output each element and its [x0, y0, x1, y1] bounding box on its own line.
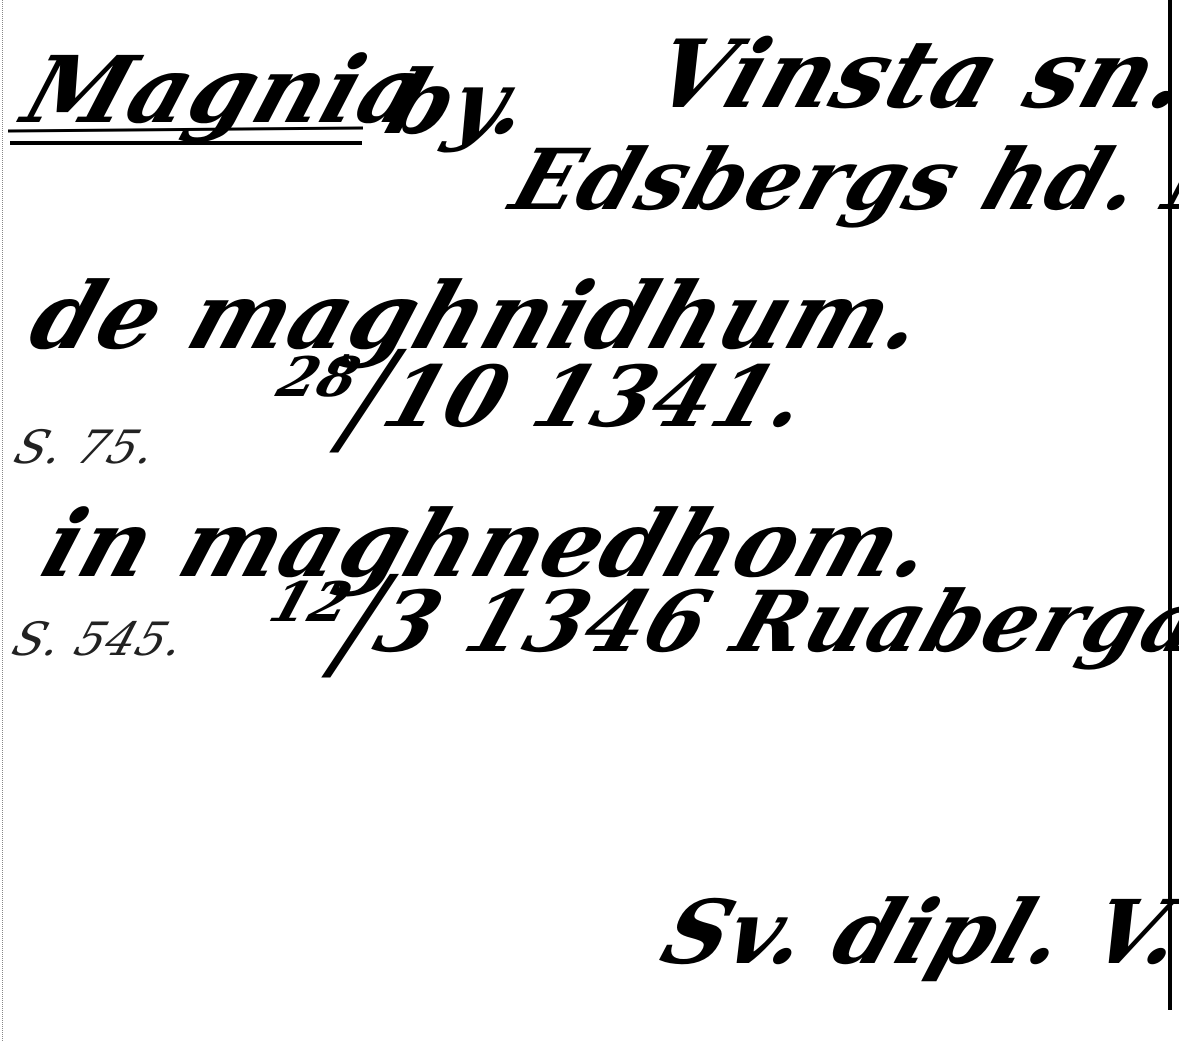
heading-underline-bottom	[10, 141, 362, 145]
date-year-2: 1346	[453, 572, 723, 671]
source-citation: Sv. dipl. V.	[650, 880, 1179, 984]
attestation-place-2: Ruaberga.	[721, 572, 1179, 671]
parish-name: Vinsta sn.	[640, 20, 1179, 130]
card-left-edge	[2, 0, 3, 1041]
attestation-date-2: 12/3 1346 Ruaberga.	[250, 570, 1179, 671]
reference-1: S. 75.	[8, 420, 164, 474]
reference-2: S. 545.	[6, 612, 192, 666]
date-year-1: 1341.	[521, 347, 821, 446]
attestation-date-1: 28/10 1341.	[258, 345, 822, 446]
index-card: Magnia by. Vinsta sn. Edsbergs hd. Nrk. …	[0, 0, 1179, 1041]
district-name: Edsbergs hd. Nrk.	[500, 130, 1179, 229]
place-name-heading: Magnia	[14, 44, 437, 136]
